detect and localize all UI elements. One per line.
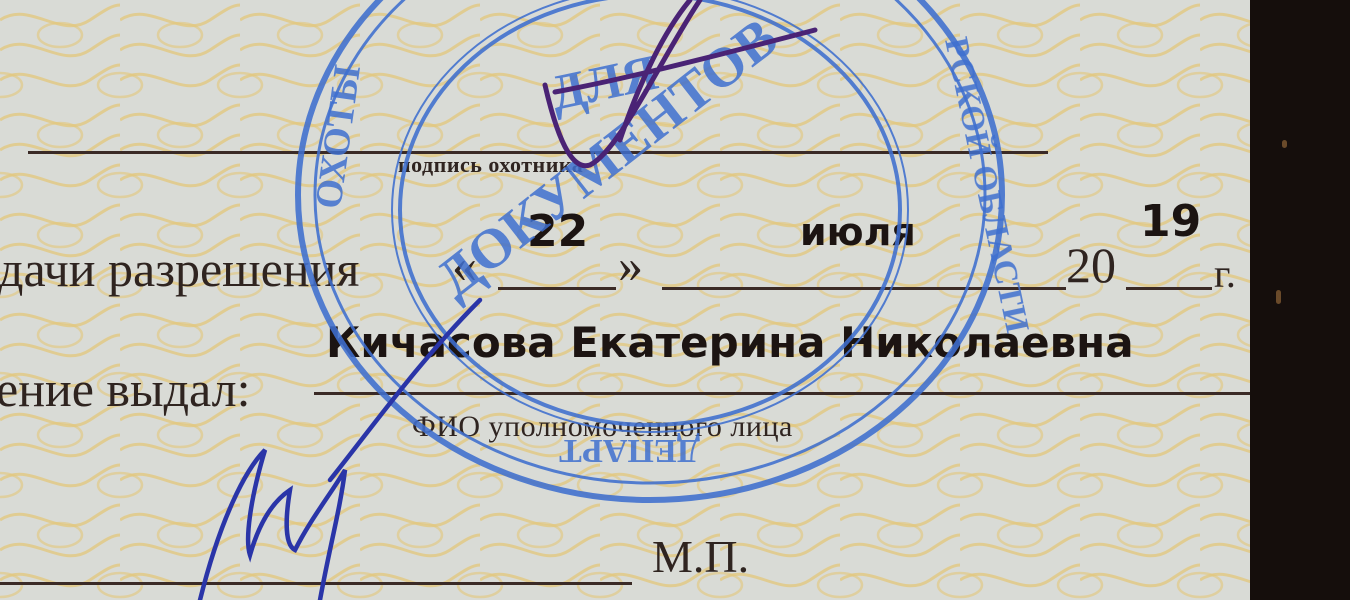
hunter-signature-caption: подпись охотника [398,152,583,178]
document-paper: подпись охотника дачи разрешения « 22 » … [0,0,1300,600]
dark-background [1250,0,1350,600]
issuer-signature-line [0,582,632,585]
issuer-full-name: Кичасова Екатерина Николаевна [326,318,1134,367]
issuer-name-line [314,392,1266,395]
year-field-line [1126,287,1212,290]
issue-date-label: дачи разрешения [0,240,359,298]
year-unit: г. [1214,250,1236,297]
open-quote: « [452,236,477,294]
issued-by-label: ение выдал: [0,360,251,418]
guilloche-pattern [0,0,1300,600]
issue-month-value: июля [800,210,916,254]
seal-place-label: М.П. [652,530,749,583]
year-prefix: 20 [1066,236,1116,294]
close-quote: » [618,236,643,294]
issuer-name-caption: ФИО уполномоченного лица [412,410,793,444]
day-field-line [498,287,616,290]
issue-day-value: 22 [527,206,588,257]
issue-year-value: 19 [1140,196,1201,247]
month-field-line [662,287,1066,290]
